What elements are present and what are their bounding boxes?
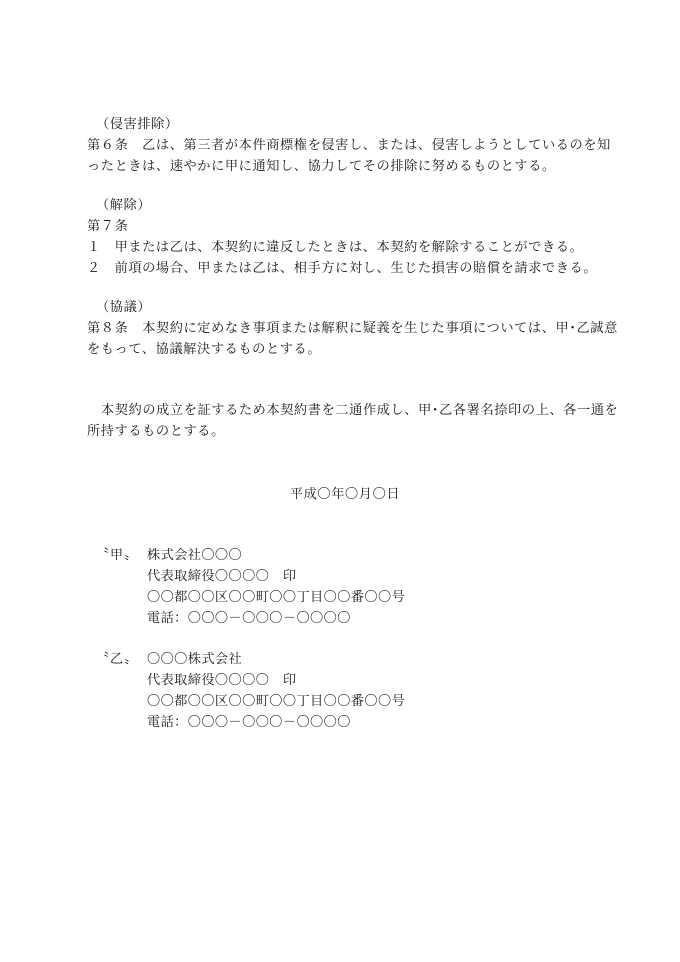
article-7-heading: （解除） [96, 195, 151, 216]
party-a-phone: 電話：〇〇〇－〇〇〇－〇〇〇〇 [147, 608, 351, 629]
closing-line-1: 本契約の成立を証するため本契約書を二通作成し、甲･乙各署名捺印の上、各一通を [101, 400, 618, 421]
contract-date: 平成〇年〇月〇日 [0, 484, 680, 505]
party-b-representative: 代表取締役〇〇〇〇 印 [147, 670, 296, 691]
article-6-line-1: 第６条 乙は、第三者が本件商標権を侵害し、または、侵害しようとしているのを知 [87, 135, 611, 156]
closing-line-2: 所持するものとする。 [87, 421, 225, 442]
contract-page: （侵害排除） 第６条 乙は、第三者が本件商標権を侵害し、または、侵害しようとして… [0, 0, 680, 962]
party-a-label: 〝甲〟 [96, 545, 138, 566]
article-8-line-1: 第８条 本契約に定めなき事項または解釈に疑義を生じた事項については、甲･乙誠意 [87, 318, 618, 339]
article-8-heading: （協議） [96, 297, 151, 318]
party-b-address: 〇〇都〇〇区〇〇町〇〇丁目〇〇番〇〇号 [147, 691, 405, 712]
party-a-address: 〇〇都〇〇区〇〇町〇〇丁目〇〇番〇〇号 [147, 587, 405, 608]
article-6-heading: （侵害排除） [96, 114, 179, 135]
party-a-company: 株式会社〇〇〇 [147, 545, 242, 566]
article-7-clause-2: ２ 前項の場合、甲または乙は、相手方に対し、生じた損害の賠償を請求できる。 [87, 258, 597, 279]
article-7-title: 第７条 [87, 216, 128, 237]
article-7-clause-1: １ 甲または乙は、本契約に違反したときは、本契約を解除することができる。 [87, 237, 583, 258]
party-b-label: 〝乙〟 [96, 649, 138, 670]
party-a-representative: 代表取締役〇〇〇〇 印 [147, 566, 296, 587]
article-6-line-2: ったときは、速やかに甲に通知し、協力してその排除に努めるものとする。 [87, 156, 556, 177]
article-8-line-2: をもって、協議解決するものとする。 [87, 339, 321, 360]
party-b-phone: 電話：〇〇〇－〇〇〇－〇〇〇〇 [147, 712, 351, 733]
party-b-company: 〇〇〇株式会社 [147, 649, 242, 670]
